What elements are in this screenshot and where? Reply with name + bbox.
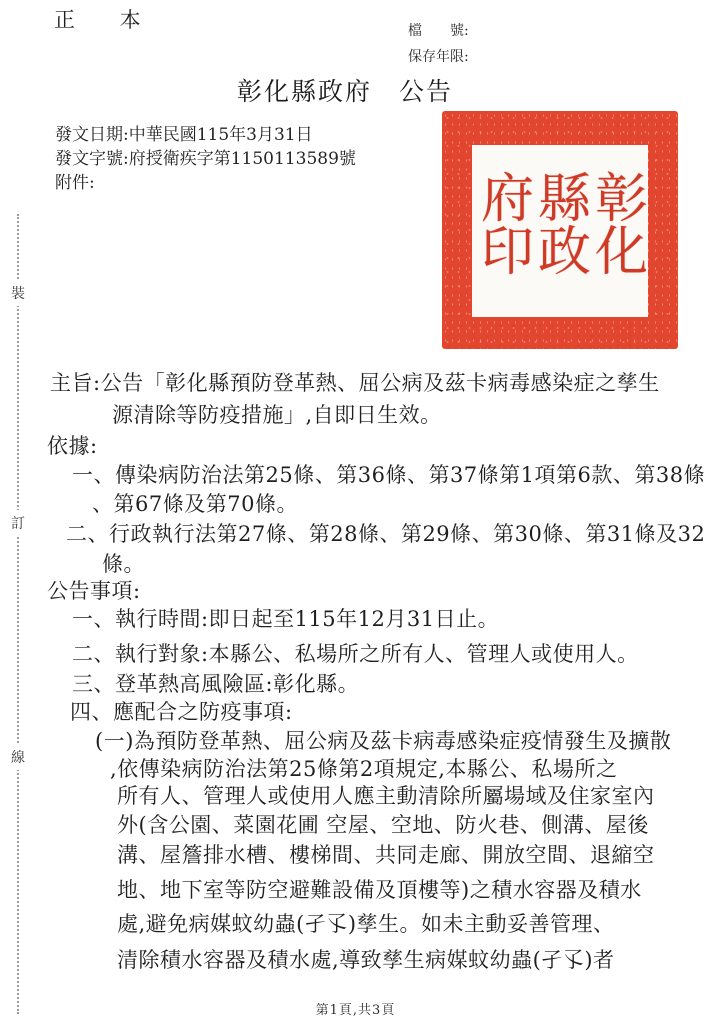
issue-date-line: 發文日期:中華民國115年3月31日 bbox=[55, 123, 356, 147]
binding-mark-zhuang: 裝 bbox=[7, 280, 29, 306]
body-line-matter-1: 一、執行時間:即日起至115年12月31日止。 bbox=[72, 603, 499, 633]
official-seal-inner: 彰化縣政府印 bbox=[472, 145, 648, 317]
official-document-page: { "page": { "copy_label": "正 本", "file_n… bbox=[0, 0, 711, 1032]
document-title: 彰化縣政府 公告 bbox=[0, 72, 690, 108]
body-line-item-1a: (一)為預防登革熱、屈公病及茲卡病毒感染症疫情發生及擴散 bbox=[95, 725, 671, 755]
body-line-basis-2a: 二、行政執行法第27條、第28條、第29條、第30條、第31條及32 bbox=[66, 518, 705, 548]
official-seal-stamp: 彰化縣政府印 bbox=[442, 111, 678, 349]
body-line-basis-1b: 、第67條及第70條。 bbox=[92, 488, 298, 518]
body-line-item-1g: 處,避免病媒蚊幼蟲(孑孓)孳生。如未主動妥善管理、 bbox=[117, 908, 615, 938]
body-line-matter-4: 四、應配合之防疫事項: bbox=[70, 696, 293, 726]
body-line-subject-2: 源清除等防疫措施」,自即日生效。 bbox=[112, 399, 442, 429]
archive-fields: 檔 號: 保存年限: bbox=[408, 18, 469, 70]
body-line-item-1c: 所有人、管理人或使用人應主動清除所屬場域及住家室內 bbox=[117, 780, 655, 810]
body-line-basis-label: 依據: bbox=[47, 430, 98, 460]
body-line-item-1h: 清除積水容器及積水處,導致孳生病媒蚊幼蟲(孑孓)者 bbox=[117, 944, 615, 974]
issue-number-line: 發文字號:府授衛疾字第1150113589號 bbox=[55, 147, 356, 171]
body-line-item-1f: 地、地下室等防空避難設備及頂樓等)之積水容器及積水 bbox=[117, 874, 642, 904]
issuance-meta: 發文日期:中華民國115年3月31日 發文字號:府授衛疾字第1150113589… bbox=[55, 123, 356, 195]
official-seal-text: 彰化縣政府印 bbox=[475, 170, 646, 292]
page-number-footer: 第1頁,共3頁 bbox=[0, 999, 711, 1018]
body-line-matter-2: 二、執行對象:本縣公、私場所之所有人、管理人或使用人。 bbox=[72, 638, 639, 668]
body-line-item-1b: ,依傳染病防治法第25條第2項規定,本縣公、私場所之 bbox=[110, 753, 617, 783]
binding-mark-xian: 線 bbox=[7, 744, 29, 770]
binding-mark-ding: 訂 bbox=[7, 510, 29, 536]
body-line-basis-2b: 條。 bbox=[102, 548, 145, 578]
body-line-subject-1: 主旨:公告「彰化縣預防登革熱、屈公病及茲卡病毒感染症之孳生 bbox=[50, 367, 660, 397]
binding-dotted-line bbox=[17, 214, 19, 1014]
file-number-label: 檔 號: bbox=[408, 18, 469, 44]
body-line-item-1d: 外(含公園、菜園花圃 空屋、空地、防火巷、側溝、屋後 bbox=[117, 809, 649, 839]
retention-period-label: 保存年限: bbox=[408, 44, 469, 70]
attachment-line: 附件: bbox=[55, 171, 356, 195]
body-line-matters-label: 公告事項: bbox=[47, 575, 141, 605]
body-line-matter-3: 三、登革熱高風險區:彰化縣。 bbox=[72, 668, 359, 698]
copy-label: 正 本 bbox=[54, 4, 160, 34]
body-line-item-1e: 溝、屋簷排水槽、樓梯間、共同走廊、開放空間、退縮空 bbox=[117, 839, 655, 869]
body-line-basis-1a: 一、傳染病防治法第25條、第36條、第37條第1項第6款、第38條 bbox=[72, 459, 705, 489]
